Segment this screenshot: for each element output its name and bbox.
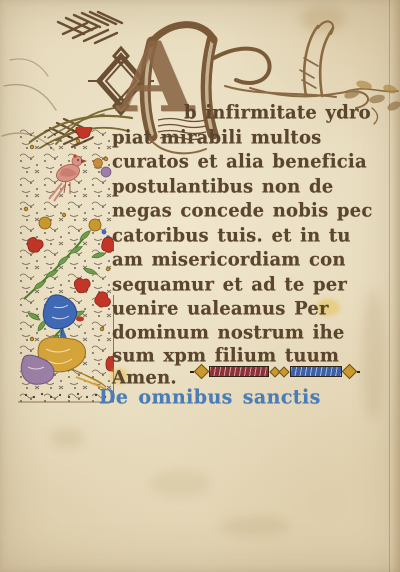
prayer-text-block: b infirmitate ydro piat mirabili multos …: [0, 0, 400, 572]
blue-filler-bar: [290, 366, 342, 377]
text-line: b infirmitate ydro: [184, 103, 371, 122]
text-line: am misericordiam con: [112, 250, 346, 269]
line-filler-ornament: [190, 365, 360, 378]
text-line: sequamur et ad te per: [112, 275, 347, 294]
gold-diamond: [193, 364, 209, 380]
text-line: catoribus tuis. et in tu: [112, 226, 351, 245]
text-line: negas concede nobis pec: [112, 201, 372, 220]
manuscript-page: A: [0, 0, 400, 572]
text-line: sum xpm filium tuum: [112, 346, 339, 365]
text-line: uenire ualeamus Per: [112, 299, 329, 318]
text-line: piat mirabili multos: [112, 128, 322, 147]
gold-diamond: [341, 364, 357, 380]
text-line: dominum nostrum ihe: [112, 323, 345, 342]
gold-diamond: [278, 366, 289, 377]
text-line: curatos et alia beneficia: [112, 152, 367, 171]
gold-center-knot: [271, 368, 288, 376]
rubric-line: De omnibus sanctis: [99, 388, 321, 408]
red-filler-bar: [209, 366, 269, 377]
text-line: postulantibus non de: [112, 177, 333, 196]
